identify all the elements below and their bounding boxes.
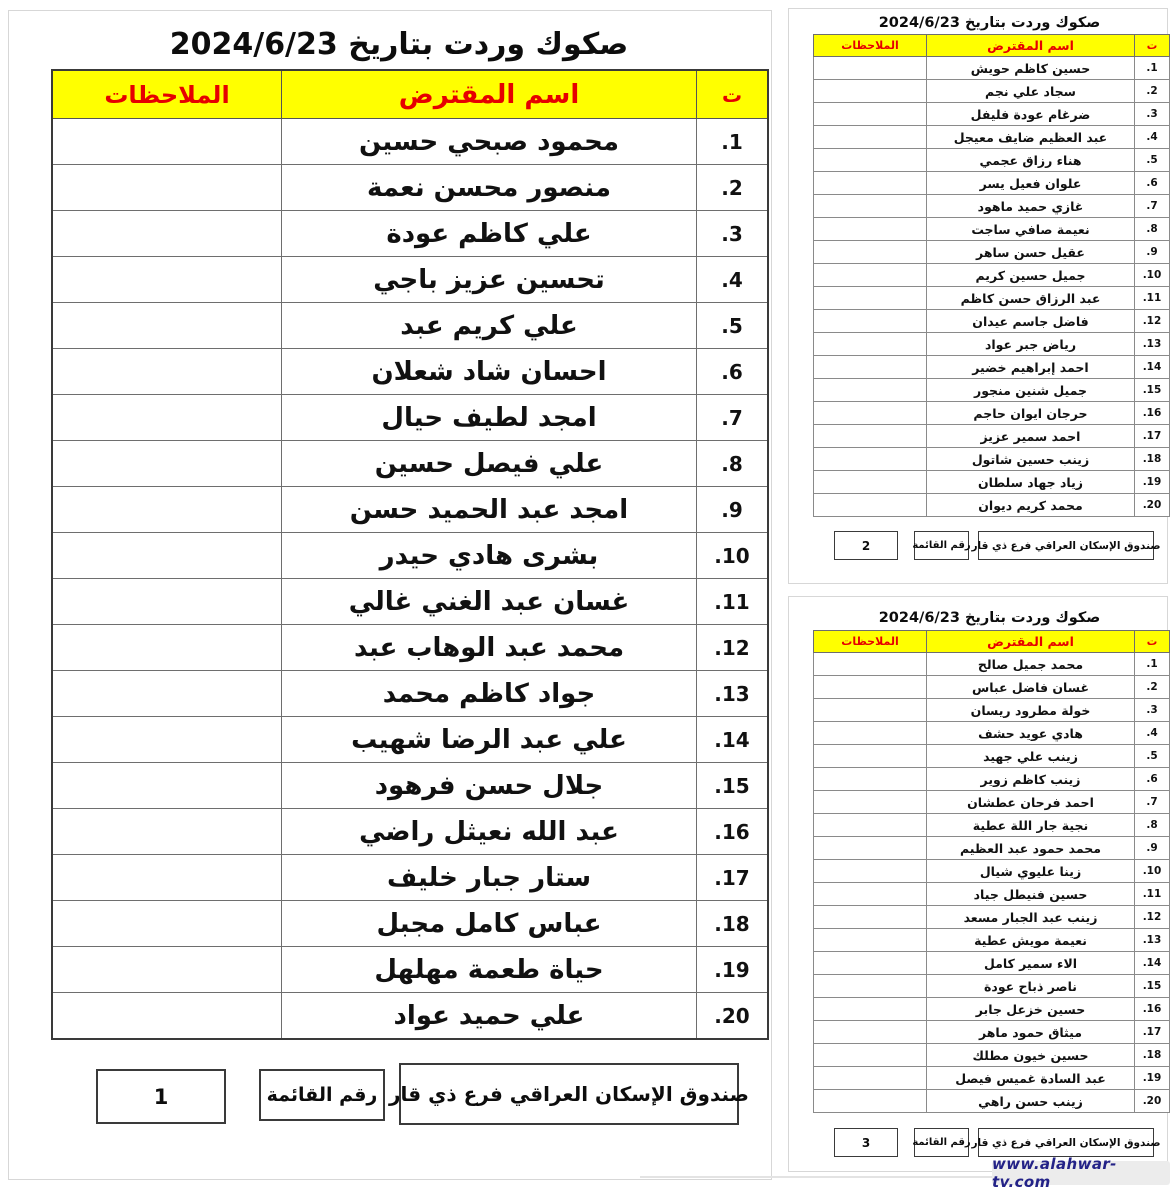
row-number: .5 xyxy=(1135,149,1170,172)
table-row: .4تحسين عزيز باجي xyxy=(52,257,768,303)
row-number: .16 xyxy=(1135,402,1170,425)
table-row: .5زينب علي جهيد xyxy=(814,745,1170,768)
row-number: .5 xyxy=(1135,745,1170,768)
scanned-document-sheet: صكوك وردت بتاريخ 2024/6/23 ت اسم المقترض… xyxy=(0,0,1170,1197)
table-row: .9امجد عبد الحميد حسن xyxy=(52,487,768,533)
borrower-name: جواد كاظم محمد xyxy=(282,671,697,717)
borrower-name: جلال حسن فرهود xyxy=(282,763,697,809)
row-number: .20 xyxy=(697,993,769,1040)
table-row: .8نعيمة صافي ساجت xyxy=(814,218,1170,241)
table-row: .8علي فيصل حسين xyxy=(52,441,768,487)
borrower-name: ناصر ذباح عودة xyxy=(927,975,1135,998)
table-row: .16حرجان ايوان حاجم xyxy=(814,402,1170,425)
notes-cell xyxy=(52,165,282,211)
row-number: .15 xyxy=(1135,975,1170,998)
borrower-name: ضرغام عودة فليفل xyxy=(927,103,1135,126)
notes-cell xyxy=(52,625,282,671)
row-number: .8 xyxy=(1135,218,1170,241)
row-number: .1 xyxy=(1135,57,1170,80)
column-header-borrower-name: اسم المقترض xyxy=(282,70,697,119)
column-header-index: ت xyxy=(1135,35,1170,57)
notes-cell xyxy=(814,745,927,768)
table-row: .9محمد حمود عبد العظيم xyxy=(814,837,1170,860)
column-header-borrower-name: اسم المقترض xyxy=(927,35,1135,57)
borrower-name: جميل حسين كريم xyxy=(927,264,1135,287)
row-number: .6 xyxy=(1135,768,1170,791)
row-number: .7 xyxy=(1135,195,1170,218)
notes-cell xyxy=(814,287,927,310)
row-number: .12 xyxy=(1135,906,1170,929)
borrower-name: نعيمة صافي ساجت xyxy=(927,218,1135,241)
notes-cell xyxy=(52,901,282,947)
row-number: .1 xyxy=(697,119,769,165)
table-row: .11غسان عبد الغني غالي xyxy=(52,579,768,625)
row-number: .13 xyxy=(1135,333,1170,356)
column-header-index: ت xyxy=(1135,631,1170,653)
table-row: .9عقيل حسن ساهر xyxy=(814,241,1170,264)
notes-cell xyxy=(814,837,927,860)
row-number: .14 xyxy=(1135,952,1170,975)
borrower-name: بشرى هادي حيدر xyxy=(282,533,697,579)
row-number: .19 xyxy=(1135,471,1170,494)
notes-cell xyxy=(52,349,282,395)
table-row: .3علي كاظم عودة xyxy=(52,211,768,257)
page-title: صكوك وردت بتاريخ 2024/6/23 xyxy=(813,15,1166,31)
table-row: .20علي حميد عواد xyxy=(52,993,768,1040)
column-header-borrower-name: اسم المقترض xyxy=(927,631,1135,653)
borrower-name: حرجان ايوان حاجم xyxy=(927,402,1135,425)
row-number: .18 xyxy=(1135,448,1170,471)
borrower-name: حسين فنيطل جياد xyxy=(927,883,1135,906)
page-title: صكوك وردت بتاريخ 2024/6/23 xyxy=(813,610,1166,626)
table-row: .3ضرغام عودة فليفل xyxy=(814,103,1170,126)
borrower-name: امجد لطيف حيال xyxy=(282,395,697,441)
row-number: .17 xyxy=(697,855,769,901)
notes-cell xyxy=(814,379,927,402)
table-row: .5علي كريم عبد xyxy=(52,303,768,349)
row-number: .15 xyxy=(697,763,769,809)
row-number: .3 xyxy=(1135,699,1170,722)
row-number: .13 xyxy=(1135,929,1170,952)
table-row: .14احمد إبراهيم خضير xyxy=(814,356,1170,379)
notes-cell xyxy=(814,310,927,333)
borrower-name: زينا عليوي شيال xyxy=(927,860,1135,883)
borrower-name: فاضل جاسم عيدان xyxy=(927,310,1135,333)
borrower-name: احسان شاد شعلان xyxy=(282,349,697,395)
notes-cell xyxy=(814,676,927,699)
row-number: .10 xyxy=(1135,264,1170,287)
notes-cell xyxy=(814,126,927,149)
borrower-name: سجاد علي نجم xyxy=(927,80,1135,103)
row-number: .18 xyxy=(697,901,769,947)
borrower-name: محمد حمود عبد العظيم xyxy=(927,837,1135,860)
row-number: .2 xyxy=(697,165,769,211)
row-number: .11 xyxy=(697,579,769,625)
borrower-name: ميثاق حمود ماهر xyxy=(927,1021,1135,1044)
column-header-notes: الملاحظات xyxy=(52,70,282,119)
table-row: .5هناء رزاق عجمي xyxy=(814,149,1170,172)
borrower-name: علي كريم عبد xyxy=(282,303,697,349)
borrower-name: ستار جبار خليف xyxy=(282,855,697,901)
row-number: .12 xyxy=(697,625,769,671)
list-number-value-box: 3 xyxy=(834,1128,898,1157)
table-row: .19عبد السادة غميس فيصل xyxy=(814,1067,1170,1090)
borrower-name: حسين خيون مطلك xyxy=(927,1044,1135,1067)
notes-cell xyxy=(814,929,927,952)
table-row: .19حياة طعمة مهلهل xyxy=(52,947,768,993)
row-number: .7 xyxy=(1135,791,1170,814)
notes-cell xyxy=(52,717,282,763)
borrower-name: رياض جبر عواد xyxy=(927,333,1135,356)
table-row: .11حسين فنيطل جياد xyxy=(814,883,1170,906)
document-page-list-1: صكوك وردت بتاريخ 2024/6/23 ت اسم المقترض… xyxy=(8,10,772,1180)
notes-cell xyxy=(814,425,927,448)
table-row: .2منصور محسن نعمة xyxy=(52,165,768,211)
notes-cell xyxy=(814,356,927,379)
notes-cell xyxy=(814,860,927,883)
row-number: .11 xyxy=(1135,287,1170,310)
borrower-name: زينب حسين شاتول xyxy=(927,448,1135,471)
table-row: .18زينب حسين شاتول xyxy=(814,448,1170,471)
table-row: .3خولة مطرود ريسان xyxy=(814,699,1170,722)
borrower-name: الاء سمير كامل xyxy=(927,952,1135,975)
notes-cell xyxy=(52,947,282,993)
notes-cell xyxy=(814,448,927,471)
borrower-name: هناء رزاق عجمي xyxy=(927,149,1135,172)
row-number: .19 xyxy=(697,947,769,993)
borrower-name: محمد عبد الوهاب عبد xyxy=(282,625,697,671)
table-row: .7غازي حميد ماهود xyxy=(814,195,1170,218)
borrower-name: علي عبد الرضا شهيب xyxy=(282,717,697,763)
notes-cell xyxy=(52,487,282,533)
notes-cell xyxy=(814,333,927,356)
borrower-name: علي فيصل حسين xyxy=(282,441,697,487)
table-row: .15جلال حسن فرهود xyxy=(52,763,768,809)
notes-cell xyxy=(814,195,927,218)
borrower-name: حسين خزعل جابر xyxy=(927,998,1135,1021)
notes-cell xyxy=(814,1044,927,1067)
notes-cell xyxy=(52,441,282,487)
notes-cell xyxy=(814,814,927,837)
notes-cell xyxy=(814,883,927,906)
org-name-box: صندوق الإسكان العراقي فرع ذي قار xyxy=(978,531,1154,560)
table-row: .10زينا عليوي شيال xyxy=(814,860,1170,883)
table-row: .16حسين خزعل جابر xyxy=(814,998,1170,1021)
borrower-name: احمد إبراهيم خضير xyxy=(927,356,1135,379)
notes-cell xyxy=(52,257,282,303)
row-number: .6 xyxy=(697,349,769,395)
table-row: .10جميل حسين كريم xyxy=(814,264,1170,287)
borrower-name: تحسين عزيز باجي xyxy=(282,257,697,303)
borrower-name: منصور محسن نعمة xyxy=(282,165,697,211)
borrower-name: عبد الله نعيثل راضي xyxy=(282,809,697,855)
table-row: .7احمد فرحان عطشان xyxy=(814,791,1170,814)
row-number: .18 xyxy=(1135,1044,1170,1067)
document-page-list-2: صكوك وردت بتاريخ 2024/6/23 ت اسم المقترض… xyxy=(788,8,1168,584)
borrower-name: زينب كاظم زوير xyxy=(927,768,1135,791)
list-number-label-box: رقم القائمة xyxy=(914,531,969,560)
borrower-name: زينب عبد الجبار مسعد xyxy=(927,906,1135,929)
table-row: .1حسين كاظم حويش xyxy=(814,57,1170,80)
borrower-name: غسان فاضل عباس xyxy=(927,676,1135,699)
borrower-name: عقيل حسن ساهر xyxy=(927,241,1135,264)
table-row: .12محمد عبد الوهاب عبد xyxy=(52,625,768,671)
table-row: .1محمد جميل صالح xyxy=(814,653,1170,676)
borrower-name: حسين كاظم حويش xyxy=(927,57,1135,80)
row-number: .8 xyxy=(697,441,769,487)
notes-cell xyxy=(814,722,927,745)
table-row: .20محمد كريم ديوان xyxy=(814,494,1170,517)
row-number: .4 xyxy=(1135,126,1170,149)
row-number: .1 xyxy=(1135,653,1170,676)
list-number-value-box: 2 xyxy=(834,531,898,560)
borrower-name: امجد عبد الحميد حسن xyxy=(282,487,697,533)
notes-cell xyxy=(814,103,927,126)
table-row: .17ستار جبار خليف xyxy=(52,855,768,901)
borrower-name: علي كاظم عودة xyxy=(282,211,697,257)
borrower-name: احمد فرحان عطشان xyxy=(927,791,1135,814)
borrower-name: خولة مطرود ريسان xyxy=(927,699,1135,722)
row-number: .5 xyxy=(697,303,769,349)
table-row: .20زينب حسن راهي xyxy=(814,1090,1170,1113)
notes-cell xyxy=(814,80,927,103)
notes-cell xyxy=(52,763,282,809)
borrower-name: نعيمة مويش عطية xyxy=(927,929,1135,952)
table-row: .4هادي عويد حشف xyxy=(814,722,1170,745)
row-number: .9 xyxy=(1135,241,1170,264)
row-number: .19 xyxy=(1135,1067,1170,1090)
notes-cell xyxy=(814,791,927,814)
row-number: .8 xyxy=(1135,814,1170,837)
notes-cell xyxy=(52,119,282,165)
table-row: .1محمود صبحي حسين xyxy=(52,119,768,165)
row-number: .9 xyxy=(697,487,769,533)
table-row: .2سجاد علي نجم xyxy=(814,80,1170,103)
borrower-name: احمد سمير عزيز xyxy=(927,425,1135,448)
table-row: .6احسان شاد شعلان xyxy=(52,349,768,395)
table-row: .18عباس كامل مجبل xyxy=(52,901,768,947)
table-row: .7امجد لطيف حيال xyxy=(52,395,768,441)
table-row: .14الاء سمير كامل xyxy=(814,952,1170,975)
document-page-list-3: صكوك وردت بتاريخ 2024/6/23 ت اسم المقترض… xyxy=(788,596,1168,1172)
notes-cell xyxy=(814,952,927,975)
borrower-name: نجية جار اللة عطية xyxy=(927,814,1135,837)
borrower-name: زياد جهاد سلطان xyxy=(927,471,1135,494)
borrower-name: عبد العظيم ضايف معيجل xyxy=(927,126,1135,149)
borrower-name: جميل شنين منجور xyxy=(927,379,1135,402)
borrowers-table: ت اسم المقترض الملاحظات .1محمد جميل صالح… xyxy=(813,630,1170,1113)
borrower-name: زينب علي جهيد xyxy=(927,745,1135,768)
notes-cell xyxy=(814,149,927,172)
row-number: .3 xyxy=(1135,103,1170,126)
org-name-box: صندوق الإسكان العراقي فرع ذي قار xyxy=(399,1063,739,1125)
borrower-name: غازي حميد ماهود xyxy=(927,195,1135,218)
row-number: .12 xyxy=(1135,310,1170,333)
borrower-name: علوان فعيل يسر xyxy=(927,172,1135,195)
page-title: صكوك وردت بتاريخ 2024/6/23 xyxy=(43,27,755,62)
notes-cell xyxy=(814,653,927,676)
table-row: .10بشرى هادي حيدر xyxy=(52,533,768,579)
table-row: .19زياد جهاد سلطان xyxy=(814,471,1170,494)
table-row: .14علي عبد الرضا شهيب xyxy=(52,717,768,763)
column-header-index: ت xyxy=(697,70,769,119)
borrower-name: عباس كامل مجبل xyxy=(282,901,697,947)
table-row: .6علوان فعيل يسر xyxy=(814,172,1170,195)
notes-cell xyxy=(52,303,282,349)
notes-cell xyxy=(814,699,927,722)
row-number: .11 xyxy=(1135,883,1170,906)
row-number: .2 xyxy=(1135,676,1170,699)
notes-cell xyxy=(52,395,282,441)
table-row: .6زينب كاظم زوير xyxy=(814,768,1170,791)
row-number: .6 xyxy=(1135,172,1170,195)
table-row: .13نعيمة مويش عطية xyxy=(814,929,1170,952)
row-number: .13 xyxy=(697,671,769,717)
borrower-name: علي حميد عواد xyxy=(282,993,697,1040)
row-number: .4 xyxy=(1135,722,1170,745)
row-number: .9 xyxy=(1135,837,1170,860)
row-number: .4 xyxy=(697,257,769,303)
list-number-label-box: رقم القائمة xyxy=(914,1128,969,1157)
row-number: .7 xyxy=(697,395,769,441)
row-number: .20 xyxy=(1135,1090,1170,1113)
table-row: .16عبد الله نعيثل راضي xyxy=(52,809,768,855)
table-row: .18حسين خيون مطلك xyxy=(814,1044,1170,1067)
column-header-notes: الملاحظات xyxy=(814,631,927,653)
row-number: .17 xyxy=(1135,425,1170,448)
org-name-box: صندوق الإسكان العراقي فرع ذي قار xyxy=(978,1128,1154,1157)
notes-cell xyxy=(814,1067,927,1090)
table-header-row: ت اسم المقترض الملاحظات xyxy=(814,35,1170,57)
table-row: .13جواد كاظم محمد xyxy=(52,671,768,717)
table-row: .2غسان فاضل عباس xyxy=(814,676,1170,699)
notes-cell xyxy=(52,671,282,717)
row-number: .16 xyxy=(1135,998,1170,1021)
row-number: .14 xyxy=(697,717,769,763)
table-row: .4عبد العظيم ضايف معيجل xyxy=(814,126,1170,149)
notes-cell xyxy=(814,1090,927,1113)
row-number: .17 xyxy=(1135,1021,1170,1044)
table-row: .17احمد سمير عزيز xyxy=(814,425,1170,448)
notes-cell xyxy=(814,57,927,80)
borrower-name: محمود صبحي حسين xyxy=(282,119,697,165)
notes-cell xyxy=(52,533,282,579)
row-number: .16 xyxy=(697,809,769,855)
notes-cell xyxy=(814,241,927,264)
table-row: .13رياض جبر عواد xyxy=(814,333,1170,356)
table-header-row: ت اسم المقترض الملاحظات xyxy=(814,631,1170,653)
row-number: .3 xyxy=(697,211,769,257)
notes-cell xyxy=(814,975,927,998)
borrower-name: هادي عويد حشف xyxy=(927,722,1135,745)
notes-cell xyxy=(814,264,927,287)
notes-cell xyxy=(52,211,282,257)
notes-cell xyxy=(52,855,282,901)
notes-cell xyxy=(814,906,927,929)
notes-cell xyxy=(52,993,282,1040)
borrower-name: زينب حسن راهي xyxy=(927,1090,1135,1113)
notes-cell xyxy=(814,172,927,195)
table-row: .12فاضل جاسم عيدان xyxy=(814,310,1170,333)
row-number: .20 xyxy=(1135,494,1170,517)
row-number: .10 xyxy=(697,533,769,579)
table-row: .15جميل شنين منجور xyxy=(814,379,1170,402)
notes-cell xyxy=(814,998,927,1021)
borrowers-table: ت اسم المقترض الملاحظات .1محمود صبحي حسي… xyxy=(51,69,769,1040)
notes-cell xyxy=(814,494,927,517)
borrower-name: عبد الرزاق حسن كاظم xyxy=(927,287,1135,310)
table-row: .17ميثاق حمود ماهر xyxy=(814,1021,1170,1044)
notes-cell xyxy=(814,218,927,241)
row-number: .14 xyxy=(1135,356,1170,379)
notes-cell xyxy=(814,402,927,425)
watermark-url: www.alahwar-tv.com xyxy=(992,1161,1170,1185)
notes-cell xyxy=(52,809,282,855)
borrower-name: غسان عبد الغني غالي xyxy=(282,579,697,625)
table-header-row: ت اسم المقترض الملاحظات xyxy=(52,70,768,119)
borrower-name: محمد كريم ديوان xyxy=(927,494,1135,517)
borrower-name: محمد جميل صالح xyxy=(927,653,1135,676)
table-row: .15ناصر ذباح عودة xyxy=(814,975,1170,998)
borrower-name: عبد السادة غميس فيصل xyxy=(927,1067,1135,1090)
borrowers-table: ت اسم المقترض الملاحظات .1حسين كاظم حويش… xyxy=(813,34,1170,517)
column-header-notes: الملاحظات xyxy=(814,35,927,57)
table-row: .11عبد الرزاق حسن كاظم xyxy=(814,287,1170,310)
list-number-label-box: رقم القائمة xyxy=(259,1069,385,1121)
notes-cell xyxy=(52,579,282,625)
borrower-name: حياة طعمة مهلهل xyxy=(282,947,697,993)
notes-cell xyxy=(814,768,927,791)
table-row: .8نجية جار اللة عطية xyxy=(814,814,1170,837)
row-number: .2 xyxy=(1135,80,1170,103)
row-number: .15 xyxy=(1135,379,1170,402)
table-row: .12زينب عبد الجبار مسعد xyxy=(814,906,1170,929)
row-number: .10 xyxy=(1135,860,1170,883)
list-number-value-box: 1 xyxy=(96,1069,226,1124)
notes-cell xyxy=(814,471,927,494)
notes-cell xyxy=(814,1021,927,1044)
